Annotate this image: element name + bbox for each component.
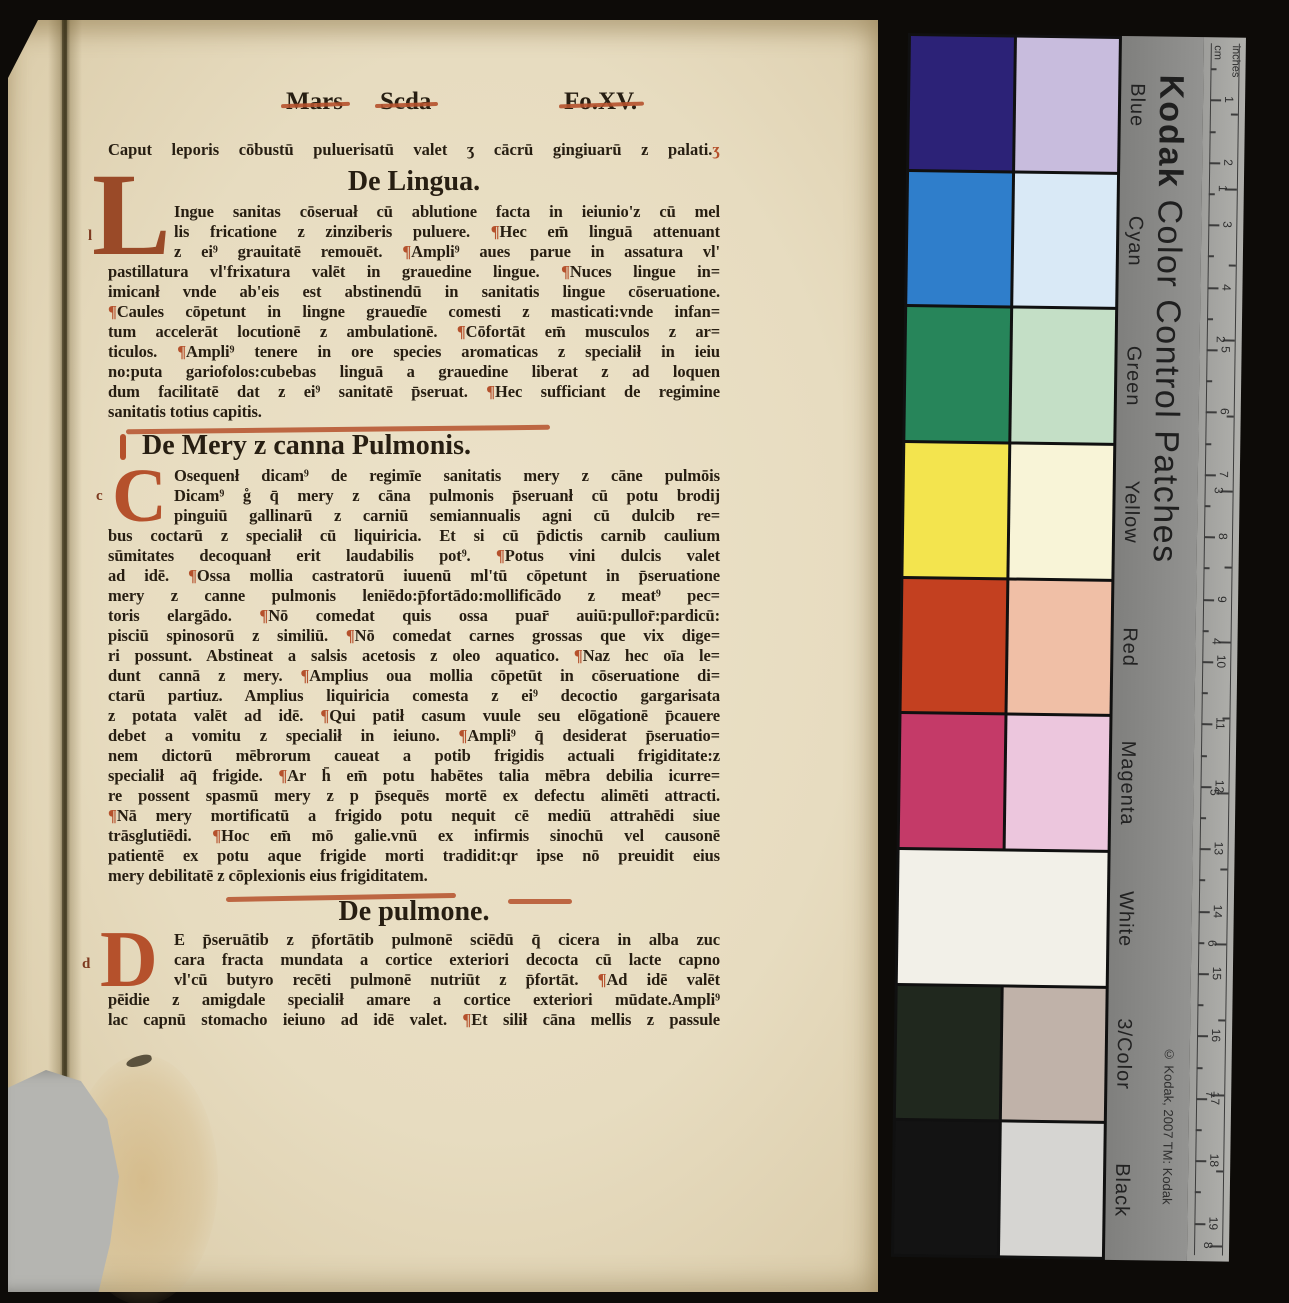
incipit-text: Caput leporis cōbustū puluerisatū valet … [108,140,712,159]
text-line: tum accelerāt locutionē z ambulationē. ¶… [108,322,720,342]
text-line: nem dictorū mēbrorum caueat a potib frig… [108,746,720,766]
running-header: Mars Scda Fo.XV. [108,88,720,114]
text-line: toris elargādo. ¶Nō comedat quis ossa pu… [108,606,720,626]
ruler-number: 7 [1203,1091,1217,1098]
text-line: z ei⁹ grauitatē remouēt. ¶Ampli⁹ aues pa… [108,242,720,262]
ruler-tick [1208,256,1214,258]
text-line: ri possunt. Abstineat a salsis acetosis … [108,646,720,666]
incipit-line: Caput leporis cōbustū puluerisatū valet … [108,140,720,160]
ruler-number: 16 [1209,1029,1223,1043]
ruler-number: 10 [1214,655,1228,669]
text-line: re possent spasmū mery z p p̄sequēs mort… [108,786,720,806]
text-line: no:puta gariofolos:cubebas linguā a grau… [108,362,720,382]
text-line: ad idē. ¶Ossa mollia castratorū iuuenū m… [108,566,720,586]
text-line: ctarū partiuz. Amplius liquiricia comest… [108,686,720,706]
patch-row-label: Yellow [1119,480,1143,543]
text-column: Mars Scda Fo.XV. Caput leporis cōbustū p… [108,88,720,1030]
row-labels: BlueCyanGreenYellowRedMagentaWhite3/Colo… [1122,36,1204,37]
folio-number: Fo.XV. [564,88,637,116]
patch-row-label: 3/Color [1111,1018,1135,1090]
ruler-tick [1218,1019,1225,1021]
ruler-tick [1204,505,1210,507]
section-heading-wrap: De pulmone. [108,896,720,928]
patch-yellow [903,443,1007,577]
ruler-cm [1204,37,1246,38]
ruler-in [1204,37,1246,38]
ruler-number: 8 [1216,533,1230,540]
text-line: patientē ex potu aque frigide morti trad… [108,846,720,866]
text-line: pinguiū gallinarū z carniū semiannualis … [108,506,720,526]
ruler-tick [1206,412,1217,414]
patch-blue [909,36,1013,170]
ruler-number: 18 [1207,1154,1221,1168]
ruler-tick [1204,536,1215,538]
ruler-number: 15 [1210,967,1224,981]
guide-letter: c [96,488,103,505]
running-title-left: Mars [286,88,343,116]
ruler-tick [1206,380,1212,382]
patch-red-tint [1007,580,1111,714]
torn-corner [8,20,38,78]
card-title-rest: Color Control Patches [1146,188,1189,564]
section-heading-de-pulmone: De pulmone. [108,896,720,928]
paragraph-lines: Osequenł dicam⁹ de regimīe sanitatis mer… [108,466,720,886]
ruler-tick [1231,113,1238,115]
ruler-tick [1204,568,1210,570]
ruler-tick [1196,1129,1202,1131]
ruler-tick [1198,942,1204,944]
ruler-tick [1229,264,1236,266]
decorated-initial-L: L [92,156,171,274]
section-heading-wrap: De Mery z canna Pulmonis. [108,430,720,462]
ruler-tick [1208,224,1219,226]
section-heading-wrap: De Lingua. [108,166,720,198]
text-line: mery z canne pulmonis leniēdo:p̄fortādo:… [108,586,720,606]
ruler-number: 1 [1216,185,1230,192]
text-line: mery debilitatē z cōplexionis eius frigi… [108,866,720,886]
ruler-tick [1207,287,1218,289]
ruler-tick [1200,848,1211,850]
patch-red [902,579,1006,713]
ruler-tick [1225,566,1232,568]
ruler-tick [1200,817,1206,819]
text-line: dunt cannā z mery. ¶Amplius oua mollia c… [108,666,720,686]
ruler-tick [1197,1004,1203,1006]
ruler-number: 9 [1215,596,1229,603]
section-heading-de-lingua: De Lingua. [108,166,720,198]
ruler-tick [1210,131,1216,133]
patch-blue-tint [1015,38,1119,172]
text-line: bus coctarū z specialił cū liquiricia. E… [108,526,720,546]
patch-yellow-tint [1009,444,1113,578]
ruler-tick [1227,415,1234,417]
ruler-number: 2 [1214,336,1228,343]
text-line: ticulos. ¶Ampli⁹ tenere in ore species a… [108,342,720,362]
inches-unit-label: inches [1229,45,1241,77]
ruler-number: 5 [1219,346,1233,353]
text-line: pastillatura vl'frixatura valēt in graue… [108,262,720,282]
ruler-number: 13 [1212,842,1226,856]
patch-row-label: Blue [1125,83,1149,127]
ruler-tick [1203,599,1214,601]
text-line: Ingue sanitas cōseruał cū ablutione fact… [108,202,720,222]
text-line: Osequenł dicam⁹ de regimīe sanitatis mer… [108,466,720,486]
cm-unit-label: cm [1212,45,1224,60]
ruler-tick [1197,1036,1208,1038]
ruler-tick [1216,1170,1223,1172]
ruler-tick [1209,162,1220,164]
section-heading-de-mery: De Mery z canna Pulmonis. [108,430,720,462]
patch-black [894,1121,998,1255]
text-line: specialił aq̄ frigide. ¶Ar h̄ em̄ potu h… [108,766,720,786]
ruler-number: 4 [1219,284,1233,291]
guide-letter: d [82,956,90,973]
manuscript-page: Mars Scda Fo.XV. Caput leporis cōbustū p… [8,20,878,1292]
text-line: debet a vomitu z specialił in ieiuno. ¶A… [108,726,720,746]
text-line: trāsglutiēdi. ¶Hoc em̄ mō galie.vnū ex i… [108,826,720,846]
text-line: sanitatis totius capitis. [108,402,720,422]
patch-row-label: Green [1121,346,1145,407]
ruler-number: 5 [1207,789,1221,796]
patch-grid [891,33,1122,1260]
ruler-number: 1 [1222,96,1236,103]
ruler-tick [1211,68,1217,70]
ruler-tick [1205,443,1211,445]
patch-3/color [896,986,1000,1120]
ruler-number: 3 [1220,221,1234,228]
text-line: E p̄seruātib z p̄fortātib pulmonē sciēdū… [108,930,720,950]
patch-black-tint [999,1123,1103,1257]
patch-row-label: Red [1117,628,1141,668]
ruler-tick [1207,349,1218,351]
patch-cyan [907,172,1011,306]
ruler-tick [1201,755,1207,757]
rubric-flourish: ʒ [712,140,720,159]
ruler-number: 4 [1209,638,1223,645]
card-brand: Kodak [1151,74,1191,188]
ruler-tick [1197,1067,1203,1069]
ruler-tick [1198,973,1209,975]
text-line: pisciū spinosorū z similiū. ¶Nō comedat … [108,626,720,646]
patch-row-label: Cyan [1123,215,1147,266]
patch-row-label: Black [1109,1163,1133,1217]
running-title-mid: Scda [380,88,431,116]
patch-green-tint [1011,309,1115,443]
text-line: lis fricatione z zinziberis puluere. ¶He… [108,222,720,242]
patch-magenta [900,714,1004,848]
text-line: dum facilitatē dat z ei⁹ sanitatē p̄seru… [108,382,720,402]
card-title: Kodak Color Control Patches [1145,74,1191,563]
ruler-tick [1207,318,1213,320]
ruler-tick [1222,717,1229,719]
decorated-initial-D: D [100,920,158,1000]
ruler-number: 3 [1212,487,1226,494]
paragraph: L l Ingue sanitas cōseruał cū ablutione … [108,202,720,422]
ruler-tick [1195,1192,1201,1194]
text-line: lac capnū stomacho ieiuno ad idē valet. … [108,1010,720,1030]
kodak-color-control-card: BlueCyanGreenYellowRedMagentaWhite3/Colo… [891,33,1246,1262]
text-line: ¶Caules cōpetunt in lingne grauedīe come… [108,302,720,322]
ruler-tick [1202,661,1213,663]
text-line: ¶Nā mery mortificatū a frigido potu nequ… [108,806,720,826]
paragraph: C c Osequenł dicam⁹ de regimīe sanitatis… [108,466,720,886]
decorated-initial-C: C [112,458,167,534]
guide-letter: l [88,228,92,245]
patch-magenta-tint [1005,716,1109,850]
patch-3/color-tint [1001,987,1105,1121]
text-line: vl'cū butyro recēti pulmonē nutriūt z p̄… [108,970,720,990]
red-underline-hook [508,899,572,904]
ruler-number: 11 [1213,717,1227,730]
ruler-number: 2 [1221,159,1235,166]
ruler-tick [1194,1223,1205,1225]
ruler-tick [1199,880,1205,882]
text-line: imicanł vnde ab'eis est abstinendū in sa… [108,282,720,302]
ruler-number: 14 [1211,904,1225,918]
text-line: cara fracta mundata a cortice exteriori … [108,950,720,970]
paragraph: D d E p̄seruātib z p̄fortātib pulmonē sc… [108,930,720,1030]
ruler-tick [1203,630,1209,632]
ruler-tick [1210,100,1221,102]
paragraph-lines: E p̄seruātib z p̄fortātib pulmonē sciēdū… [108,930,720,1030]
ruler-tick [1220,868,1227,870]
ruler-number: 19 [1206,1216,1220,1230]
patch-row-label: Magenta [1115,741,1139,826]
ruler-number: 6 [1205,940,1219,947]
ruler-tick [1196,1098,1207,1100]
patch-cyan-tint [1013,173,1117,307]
patch-row-label: White [1113,890,1137,946]
text-line: z potata valēt ad idē. ¶Qui patił casum … [108,706,720,726]
ruler-number: 7 [1217,471,1231,478]
ruler-tick [1205,474,1216,476]
ruler-tick [1200,786,1211,788]
ruler-tick [1209,193,1215,195]
ruler-tick [1201,724,1212,726]
ruler-number: 8 [1201,1242,1215,1249]
paragraph-lines: Ingue sanitas cōseruał cū ablutione fact… [108,202,720,422]
ruler-tick [1195,1160,1206,1162]
ruler-tick [1199,911,1210,913]
text-line: pēidie z amigdale specialił amare a cort… [108,990,720,1010]
text-line: sūmitates decoquanł erit laudabilis pot⁹… [108,546,720,566]
patch-green [905,307,1009,441]
card-copyright: © Kodak, 2007 TM: Kodak [1160,1047,1177,1205]
ruler-tick [1202,692,1208,694]
text-line: Dicam⁹ g̊ q̄ mery z cāna pulmonis p̄seru… [108,486,720,506]
photograph-background: Mars Scda Fo.XV. Caput leporis cōbustū p… [0,0,1289,1303]
patch-white [898,850,1108,986]
